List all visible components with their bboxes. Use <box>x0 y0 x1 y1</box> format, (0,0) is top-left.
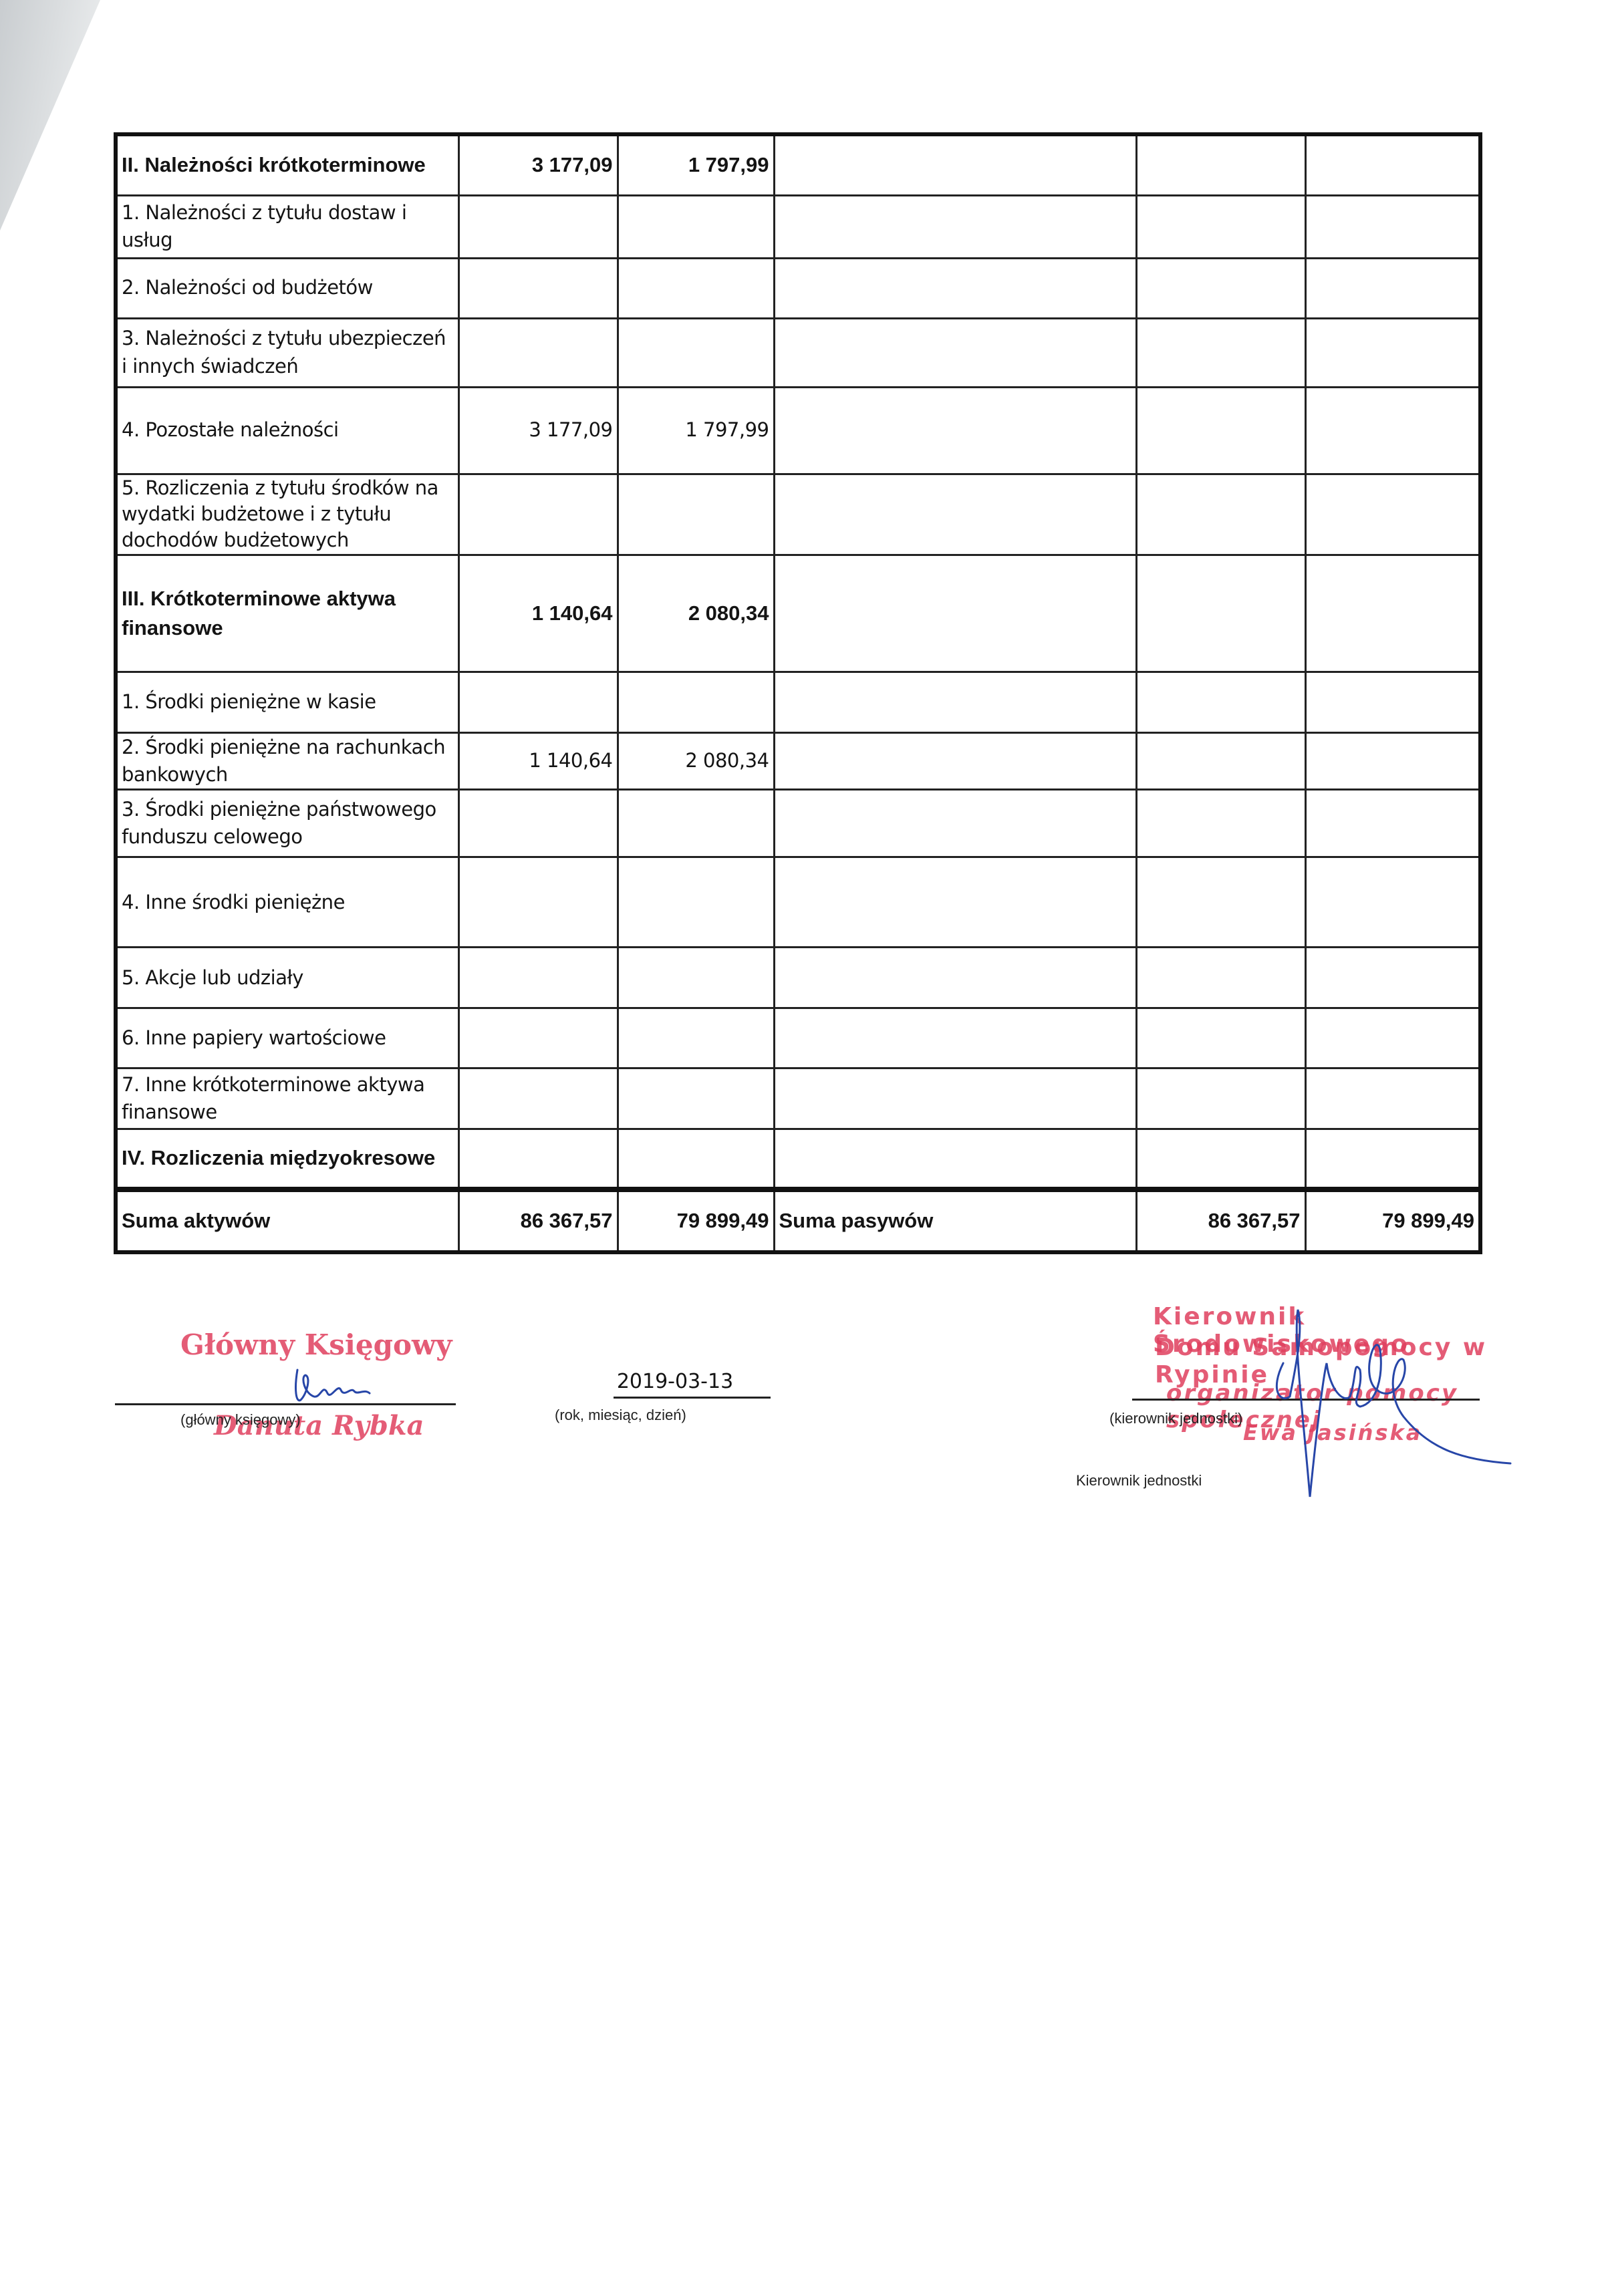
liability-value-current <box>1136 195 1305 258</box>
liability-value-current <box>1136 732 1305 789</box>
assets-total-label: Suma aktywów <box>116 1189 458 1252</box>
liability-value-current <box>1136 474 1305 555</box>
balance-sheet-table: II. Należności krótkoterminowe3 177,091 … <box>114 132 1482 1254</box>
liability-label-cell <box>774 857 1136 948</box>
liabilities-total-previous: 79 899,49 <box>1305 1189 1480 1252</box>
liability-label-cell <box>774 258 1136 318</box>
liability-value-previous <box>1305 857 1480 948</box>
row-value-current: 3 177,09 <box>458 134 618 195</box>
row-label: 1. Należności z tytułu dostaw i usług <box>116 195 458 258</box>
liability-value-previous <box>1305 732 1480 789</box>
row-label: 6. Inne papiery wartościowe <box>116 1008 458 1068</box>
row-label: 5. Rozliczenia z tytułu środków na wydat… <box>116 474 458 555</box>
row-value-current <box>458 195 618 258</box>
liability-label-cell <box>774 732 1136 789</box>
row-value-previous: 2 080,34 <box>618 555 774 672</box>
table-row: 5. Rozliczenia z tytułu środków na wydat… <box>116 474 1480 555</box>
assets-total-previous: 79 899,49 <box>618 1189 774 1252</box>
row-value-previous <box>618 318 774 387</box>
liability-value-current <box>1136 1129 1305 1189</box>
liabilities-total-current: 86 367,57 <box>1136 1189 1305 1252</box>
table-row: 4. Inne środki pieniężne <box>116 857 1480 948</box>
row-value-previous: 1 797,99 <box>618 387 774 474</box>
row-value-current <box>458 790 618 857</box>
liability-value-current <box>1136 555 1305 672</box>
row-label: IV. Rozliczenia międzyokresowe <box>116 1129 458 1189</box>
row-label: 3. Środki pieniężne państwowego funduszu… <box>116 790 458 857</box>
liability-value-previous <box>1305 1068 1480 1129</box>
manager-signature-icon <box>1243 1296 1524 1510</box>
liability-value-previous <box>1305 790 1480 857</box>
liability-label-cell <box>774 555 1136 672</box>
liability-value-previous <box>1305 1129 1480 1189</box>
row-value-previous <box>618 195 774 258</box>
row-value-previous <box>618 857 774 948</box>
accountant-stamp-title: Główny Księgowy <box>180 1328 461 1361</box>
liability-value-previous <box>1305 258 1480 318</box>
table-row: 4. Pozostałe należności3 177,091 797,99 <box>116 387 1480 474</box>
row-label: 4. Pozostałe należności <box>116 387 458 474</box>
table-row: 2. Środki pieniężne na rachunkach bankow… <box>116 732 1480 789</box>
liability-value-current <box>1136 790 1305 857</box>
accountant-signature-line <box>115 1403 456 1405</box>
liability-value-previous <box>1305 474 1480 555</box>
row-value-current <box>458 857 618 948</box>
table-row: II. Należności krótkoterminowe3 177,091 … <box>116 134 1480 195</box>
date-caption: (rok, miesiąc, dzień) <box>555 1407 715 1424</box>
liability-label-cell <box>774 134 1136 195</box>
liability-label-cell <box>774 1008 1136 1068</box>
row-value-current <box>458 1068 618 1129</box>
table-row: 5. Akcje lub udziały <box>116 948 1480 1008</box>
liability-label-cell <box>774 474 1136 555</box>
liability-value-previous <box>1305 672 1480 732</box>
liability-value-previous <box>1305 195 1480 258</box>
liability-value-current <box>1136 387 1305 474</box>
row-value-previous <box>618 474 774 555</box>
date-line <box>614 1397 771 1399</box>
row-label: 5. Akcje lub udziały <box>116 948 458 1008</box>
scan-fold-shadow <box>0 0 107 241</box>
row-value-previous <box>618 1068 774 1129</box>
row-label: 7. Inne krótkoterminowe aktywa finansowe <box>116 1068 458 1129</box>
table-row: 6. Inne papiery wartościowe <box>116 1008 1480 1068</box>
row-value-current: 1 140,64 <box>458 732 618 789</box>
liability-label-cell <box>774 318 1136 387</box>
table-row: III. Krótkoterminowe aktywa finansowe1 1… <box>116 555 1480 672</box>
liability-value-current <box>1136 672 1305 732</box>
row-label: 1. Środki pieniężne w kasie <box>116 672 458 732</box>
row-value-current <box>458 258 618 318</box>
row-value-current <box>458 1008 618 1068</box>
liability-value-current <box>1136 318 1305 387</box>
liability-value-previous <box>1305 318 1480 387</box>
row-value-current <box>458 1129 618 1189</box>
liability-value-current <box>1136 1008 1305 1068</box>
date-value: 2019-03-13 <box>615 1370 735 1393</box>
table-row: 2. Należności od budżetów <box>116 258 1480 318</box>
row-value-previous <box>618 672 774 732</box>
row-label: 4. Inne środki pieniężne <box>116 857 458 948</box>
table-row: 3. Środki pieniężne państwowego funduszu… <box>116 790 1480 857</box>
table-row: 7. Inne krótkoterminowe aktywa finansowe <box>116 1068 1480 1129</box>
row-value-current <box>458 948 618 1008</box>
row-value-current <box>458 318 618 387</box>
row-label: 3. Należności z tytułu ubezpieczeń i inn… <box>116 318 458 387</box>
row-value-previous <box>618 1129 774 1189</box>
row-value-current <box>458 672 618 732</box>
row-value-previous <box>618 258 774 318</box>
liability-label-cell <box>774 948 1136 1008</box>
liability-value-current <box>1136 134 1305 195</box>
row-value-current: 3 177,09 <box>458 387 618 474</box>
liability-value-previous <box>1305 948 1480 1008</box>
liability-value-current <box>1136 857 1305 948</box>
manager-caption-below: Kierownik jednostki <box>1076 1472 1250 1489</box>
table-row: 1. Należności z tytułu dostaw i usług <box>116 195 1480 258</box>
row-value-previous: 1 797,99 <box>618 134 774 195</box>
liability-label-cell <box>774 387 1136 474</box>
liabilities-total-label: Suma pasywów <box>774 1189 1136 1252</box>
assets-total-current: 86 367,57 <box>458 1189 618 1252</box>
table-row: 3. Należności z tytułu ubezpieczeń i inn… <box>116 318 1480 387</box>
row-value-current <box>458 474 618 555</box>
row-value-previous <box>618 948 774 1008</box>
liability-value-previous <box>1305 1008 1480 1068</box>
row-label: II. Należności krótkoterminowe <box>116 134 458 195</box>
liability-label-cell <box>774 195 1136 258</box>
liability-label-cell <box>774 672 1136 732</box>
row-value-previous <box>618 790 774 857</box>
row-label: III. Krótkoterminowe aktywa finansowe <box>116 555 458 672</box>
liability-label-cell <box>774 1068 1136 1129</box>
row-value-previous: 2 080,34 <box>618 732 774 789</box>
row-label: 2. Należności od budżetów <box>116 258 458 318</box>
liability-value-previous <box>1305 555 1480 672</box>
total-row: Suma aktywów86 367,5779 899,49Suma pasyw… <box>116 1189 1480 1252</box>
row-label: 2. Środki pieniężne na rachunkach bankow… <box>116 732 458 789</box>
liability-value-current <box>1136 1068 1305 1129</box>
liability-label-cell <box>774 790 1136 857</box>
liability-label-cell <box>774 1129 1136 1189</box>
row-value-previous <box>618 1008 774 1068</box>
liability-value-previous <box>1305 387 1480 474</box>
liability-value-current <box>1136 948 1305 1008</box>
table-row: IV. Rozliczenia międzyokresowe <box>116 1129 1480 1189</box>
accountant-caption: (główny księgowy) <box>180 1411 314 1429</box>
liability-value-current <box>1136 258 1305 318</box>
row-value-current: 1 140,64 <box>458 555 618 672</box>
liability-value-previous <box>1305 134 1480 195</box>
table-row: 1. Środki pieniężne w kasie <box>116 672 1480 732</box>
